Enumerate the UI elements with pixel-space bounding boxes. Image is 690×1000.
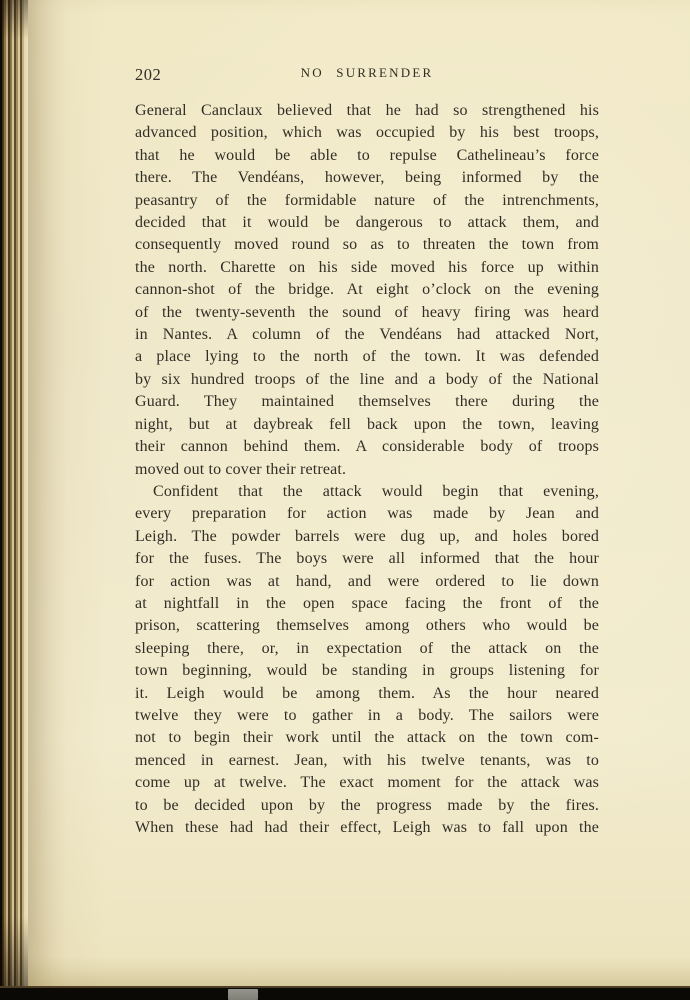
text-line: by six hundred troops of the line and a … — [135, 369, 599, 391]
text-line: moved out to cover their retreat. — [135, 459, 599, 481]
book-scan: 202 NO SURRENDER General Canclaux believ… — [0, 0, 690, 1000]
book-cradle-foot — [228, 989, 258, 1000]
text-line: peasantry of the formidable nature of th… — [135, 190, 599, 212]
text-block: 202 NO SURRENDER General Canclaux believ… — [135, 65, 599, 839]
text-line: their cannon behind them. A considerable… — [135, 436, 599, 458]
text-line: town beginning, would be standing in gro… — [135, 660, 599, 682]
text-line: for action was at hand, and were ordered… — [135, 571, 599, 593]
text-line: there. The Vendéans, however, being info… — [135, 167, 599, 189]
text-line: Guard. They maintained themselves there … — [135, 391, 599, 413]
text-line: General Canclaux believed that he had so… — [135, 100, 599, 122]
book-page: 202 NO SURRENDER General Canclaux believ… — [28, 0, 690, 986]
text-line: sleeping there, or, in expectation of th… — [135, 638, 599, 660]
text-line: it. Leigh would be among them. As the ho… — [135, 683, 599, 705]
text-line: Confident that the attack would begin th… — [135, 481, 599, 503]
text-line: a place lying to the north of the town. … — [135, 346, 599, 368]
text-line: When these had had their effect, Leigh w… — [135, 817, 599, 839]
text-line: for the fuses. The boys were all informe… — [135, 548, 599, 570]
text-line: cannon-shot of the bridge. At eight o’cl… — [135, 279, 599, 301]
text-line: prison, scattering themselves among othe… — [135, 615, 599, 637]
text-line: decided that it would be dangerous to at… — [135, 212, 599, 234]
book-spine-page-edges — [0, 0, 30, 986]
text-line: not to begin their work until the attack… — [135, 727, 599, 749]
text-line: every preparation for action was made by… — [135, 503, 599, 525]
text-line: in Nantes. A column of the Vendéans had … — [135, 324, 599, 346]
text-line: to be decided upon by the progress made … — [135, 795, 599, 817]
text-line: Leigh. The powder barrels were dug up, a… — [135, 526, 599, 548]
text-line: the north. Charette on his side moved hi… — [135, 257, 599, 279]
page-body: General Canclaux believed that he had so… — [135, 100, 599, 839]
text-line: advanced position, which was occupied by… — [135, 122, 599, 144]
table-surface — [0, 986, 690, 1000]
running-title: NO SURRENDER — [135, 65, 599, 81]
text-line: menced in earnest. Jean, with his twelve… — [135, 750, 599, 772]
page-header: 202 NO SURRENDER — [135, 65, 599, 83]
text-line: consequently moved round so as to threat… — [135, 234, 599, 256]
text-line: of the twenty-seventh the sound of heavy… — [135, 302, 599, 324]
page-number: 202 — [135, 65, 161, 85]
text-line: twelve they were to gather in a body. Th… — [135, 705, 599, 727]
text-line: that he would be able to repulse Catheli… — [135, 145, 599, 167]
text-line: at nightfall in the open space facing th… — [135, 593, 599, 615]
text-line: come up at twelve. The exact moment for … — [135, 772, 599, 794]
text-line: night, but at daybreak fell back upon th… — [135, 414, 599, 436]
